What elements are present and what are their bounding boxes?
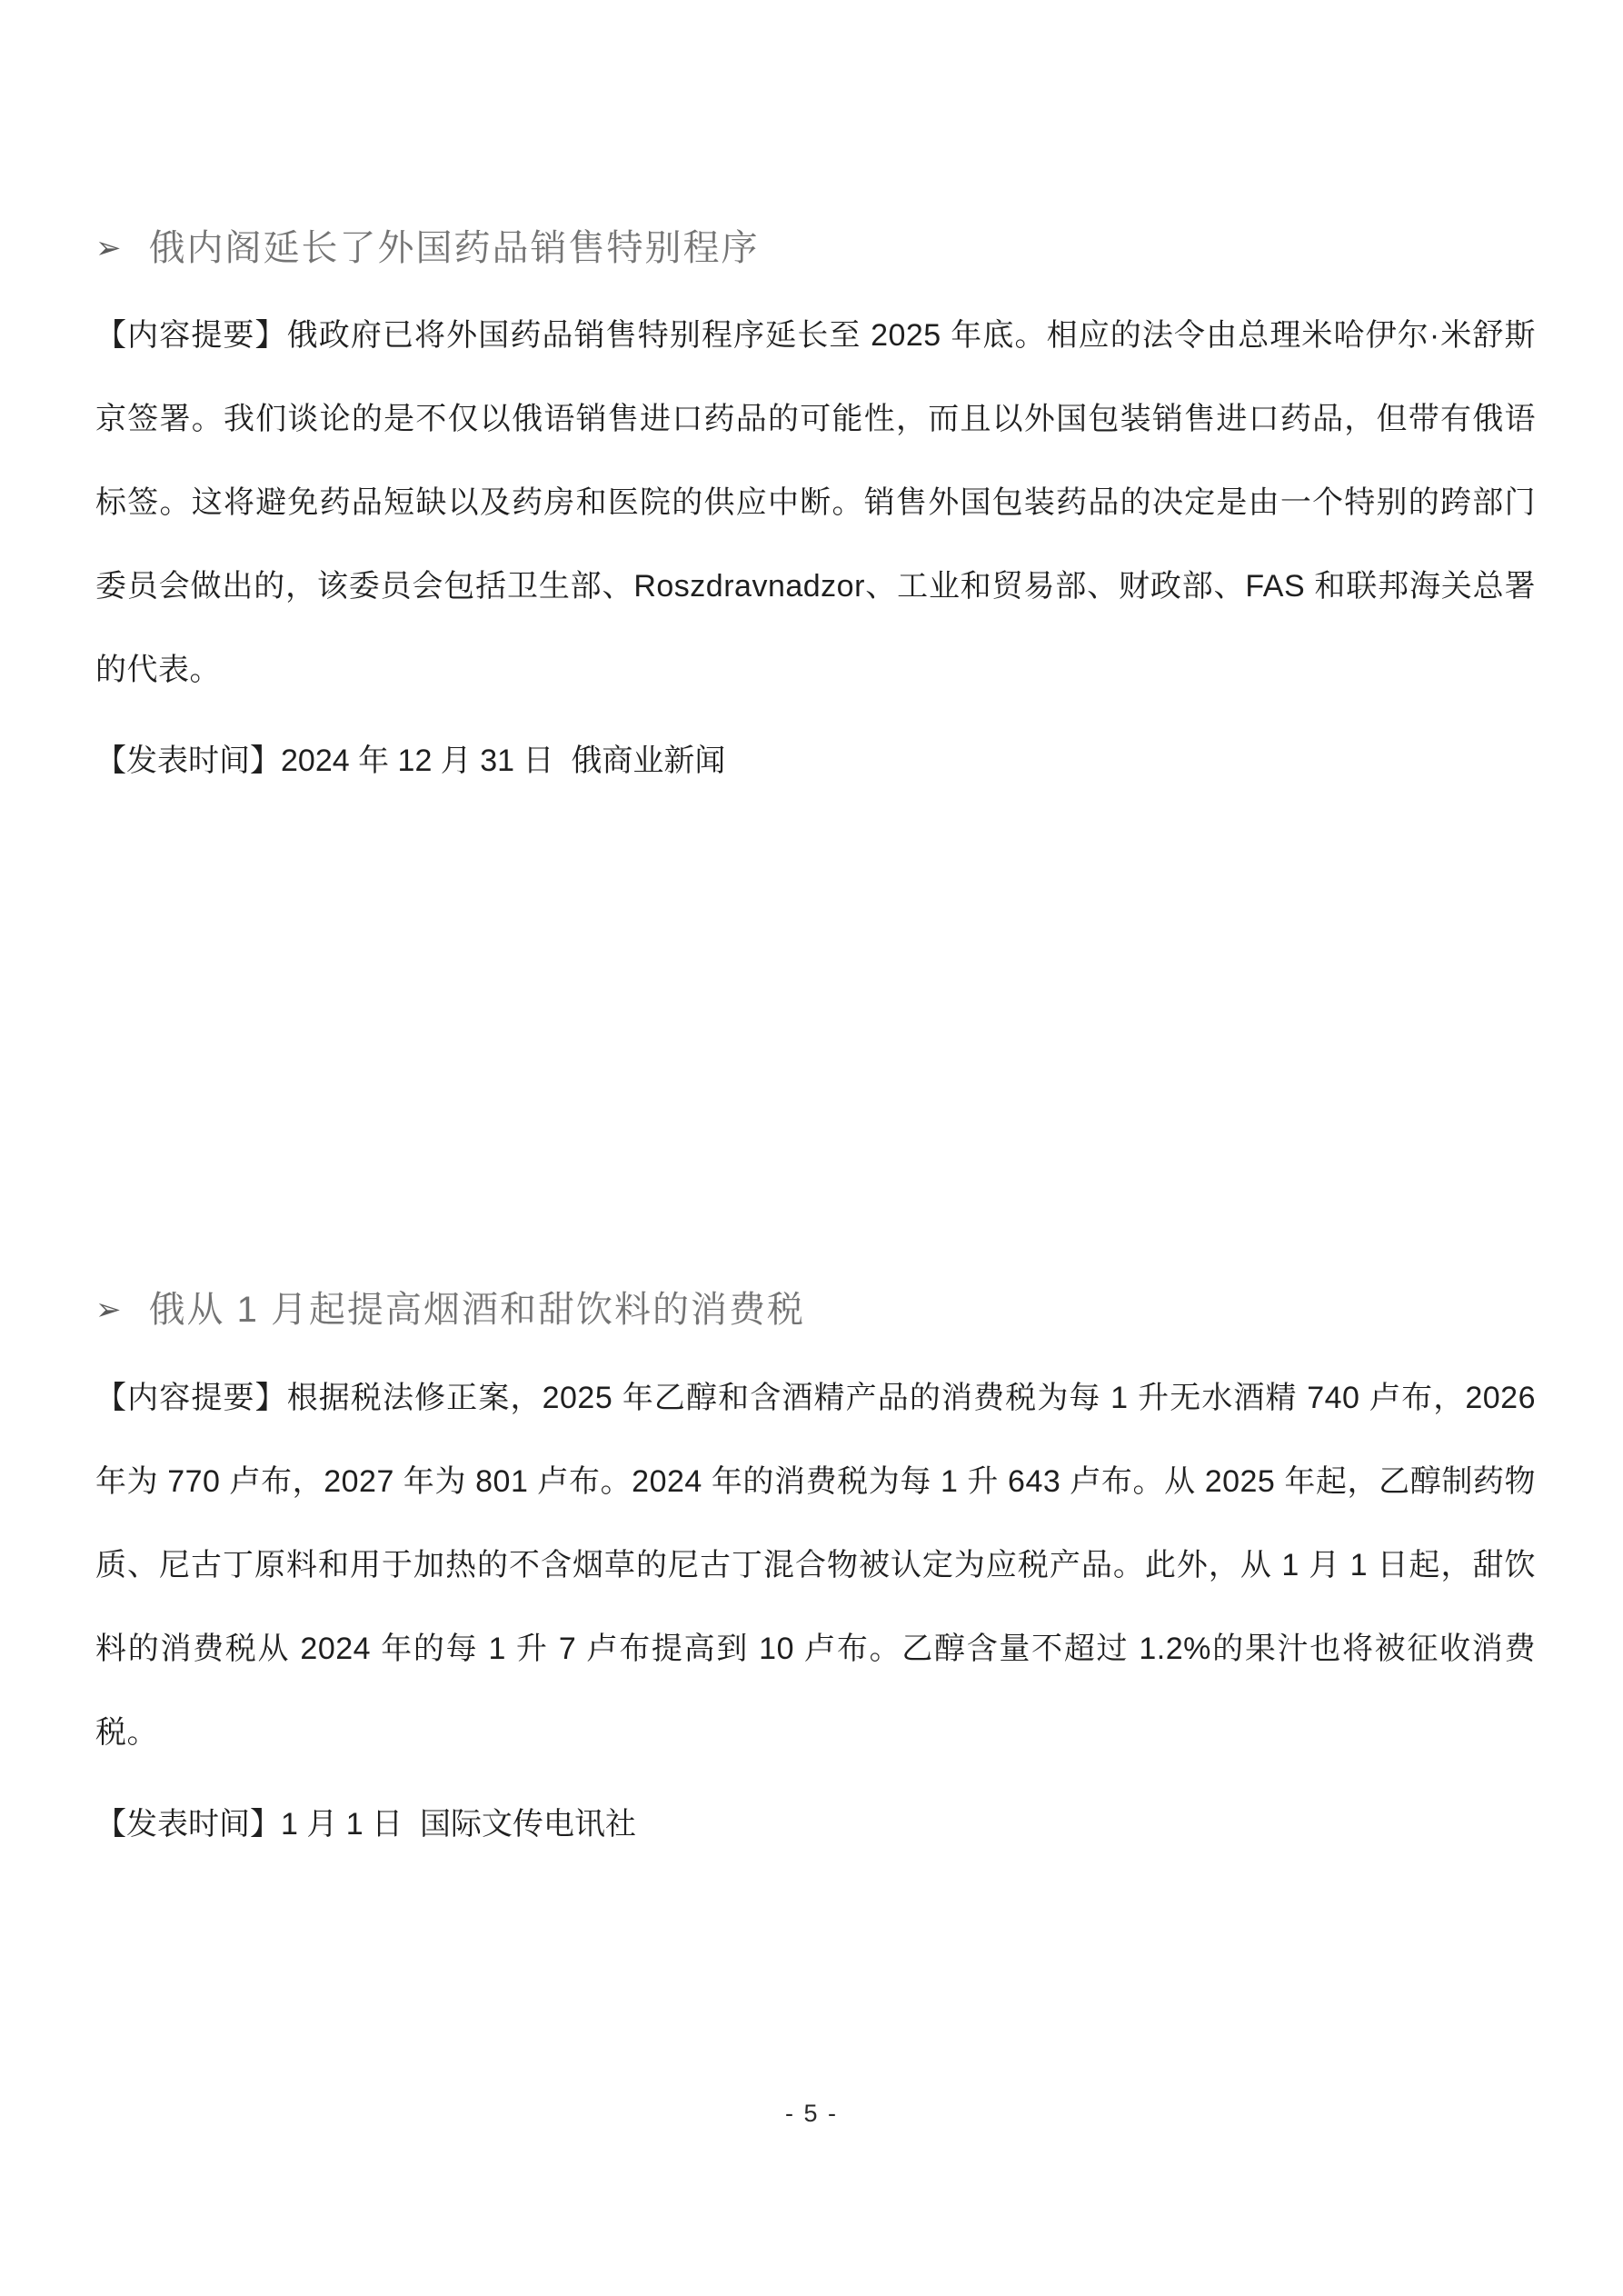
- section-2-summary: 【内容提要】根据税法修正案，2025 年乙醇和含酒精产品的消费税为每 1 升无水…: [95, 1356, 1536, 1774]
- section-2-title: 俄从 1 月起提高烟酒和甜饮料的消费税: [149, 1290, 805, 1330]
- section-1-heading: ➢俄内阁延长了外国药品销售特别程序: [95, 221, 1536, 277]
- section-1-title: 俄内阁延长了外国药品销售特别程序: [149, 228, 760, 268]
- section-2-heading: ➢俄从 1 月起提高烟酒和甜饮料的消费税: [95, 1283, 1536, 1339]
- arrow-bullet-icon: ➢: [95, 1283, 124, 1337]
- document-page: ➢俄内阁延长了外国药品销售特别程序 【内容提要】俄政府已将外国药品销售特别程序延…: [0, 0, 1623, 2296]
- section-2-publish-date: 【发表时间】1 月 1 日 国际文传电讯社: [95, 1782, 1536, 1866]
- section-1-summary: 【内容提要】俄政府已将外国药品销售特别程序延长至 2025 年底。相应的法令由总…: [95, 294, 1536, 712]
- section-1-publish-date: 【发表时间】2024 年 12 月 31 日 俄商业新闻: [95, 719, 1536, 803]
- arrow-bullet-icon: ➢: [95, 221, 124, 275]
- page-number: - 5 -: [0, 2100, 1623, 2128]
